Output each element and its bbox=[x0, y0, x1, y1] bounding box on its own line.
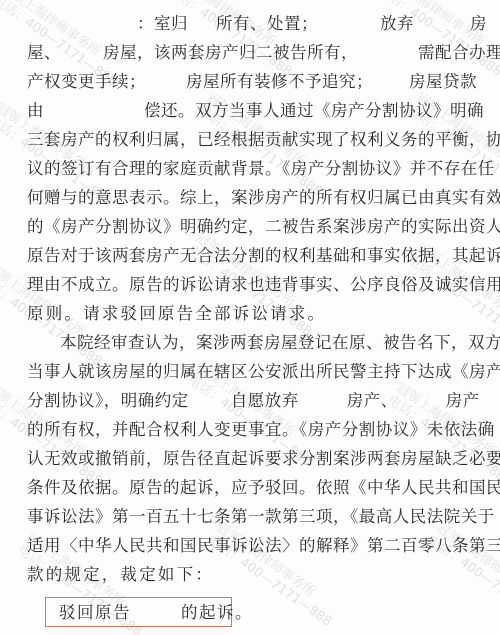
text-fragment: 房屋所有装修不予追究； bbox=[186, 72, 373, 91]
text-line: 由偿还。双方当事人通过《房产分割协议》明确 bbox=[27, 100, 473, 122]
text-line: 认无效或撤销前，原告径直起诉要求分割案涉两套房屋缺乏必要 bbox=[27, 448, 473, 470]
text-fragment: 分割协议》，明确约定 bbox=[27, 391, 189, 410]
verdict-text-part: 的起诉。 bbox=[181, 603, 253, 622]
verdict-text-part: 驳回原告 bbox=[59, 603, 131, 622]
text-line: 产权变更手续；房屋所有装修不予追究；房屋贷款 bbox=[27, 71, 473, 93]
text-fragment: 放弃 bbox=[380, 14, 414, 33]
text-line: 适用〈中华人民共和国民事诉讼法〉的解释》第二百零八条第三 bbox=[27, 535, 473, 557]
text-line: 条件及依据。原告的起诉，应予驳回。依照《中华人民共和国民 bbox=[27, 477, 473, 499]
text-fragment: 产权变更手续； bbox=[27, 72, 146, 91]
text-fragment: 需配合办理 bbox=[418, 43, 500, 62]
watermark: 冠领上海律师事务所电话：400—7171—888 bbox=[375, 0, 500, 80]
text-line: 分割协议》，明确约定自愿放弃房产、房产 bbox=[27, 390, 473, 412]
text-fragment: 由 bbox=[27, 101, 44, 120]
text-fragment: 自愿放弃 bbox=[231, 391, 299, 410]
text-line: 的所有权，并配合权利人变更事宜。《房产分割协议》未依法确 bbox=[27, 419, 473, 441]
text-fragment: 房屋，该两套房产归二被告所有， bbox=[103, 43, 358, 62]
text-line: 三套房产的权利归属，已经根据贡献实现了权利义务的平衡，协 bbox=[27, 129, 473, 151]
document-page: 冠领上海律师事务所电话：400—7171—888 冠领上海律师事务所电话：400… bbox=[0, 0, 500, 635]
text-fragment: 偿还。双方当事人通过《房产分割协议》明确 bbox=[144, 101, 484, 120]
text-fragment: 房产、 bbox=[347, 391, 398, 410]
text-fragment: 屋、 bbox=[27, 43, 61, 62]
text-fragment: 房 bbox=[470, 14, 487, 33]
text-fragment: ：室归 bbox=[137, 14, 188, 33]
text-line: ：室归所有、处置；放弃房 bbox=[27, 13, 473, 35]
text-line: 的《房产分割协议》明确约定，二被告系案涉房产的实际出资人， bbox=[27, 216, 473, 238]
verdict-text: 驳回原告的起诉。 bbox=[59, 602, 253, 624]
text-line: 屋、房屋，该两套房产归二被告所有，需配合办理 bbox=[27, 42, 473, 64]
paragraph-start: 本院经审查认为，案涉两套房屋登记在原、被告名下，双方 bbox=[60, 332, 473, 354]
text-line: 原告对于该两套房产无合法分割的权利基础和事实依据，其起诉 bbox=[27, 245, 473, 267]
text-fragment: 房屋贷款 bbox=[409, 72, 477, 91]
watermark: 冠领上海律师事务所电话：400—7171—888 bbox=[165, 0, 303, 80]
text-line: 议的签订有合理的家庭贡献背景。《房产分割协议》并不存在任 bbox=[27, 158, 473, 180]
text-line: 原则。请求驳回原告全部诉讼请求。 bbox=[27, 303, 473, 325]
text-line: 当事人就该房屋的归属在辖区公安派出所民警主持下达成《房产 bbox=[27, 361, 473, 383]
text-fragment: 房产 bbox=[446, 391, 480, 410]
text-fragment: 所有、处置； bbox=[216, 14, 318, 33]
text-line: 事诉讼法》第一百五十七条第一款第三项，《最高人民法院关于 bbox=[27, 506, 473, 528]
text-line: 理由不成立。原告的诉讼请求也违背事实、公序良俗及诚实信用 bbox=[27, 274, 473, 296]
text-line: 款的规定，裁定如下： bbox=[27, 564, 473, 586]
text-line: 何赠与的意思表示。综上，案涉房产的所有权归属已由真实有效 bbox=[27, 187, 473, 209]
verdict-highlight-box: 驳回原告的起诉。 bbox=[45, 597, 232, 627]
